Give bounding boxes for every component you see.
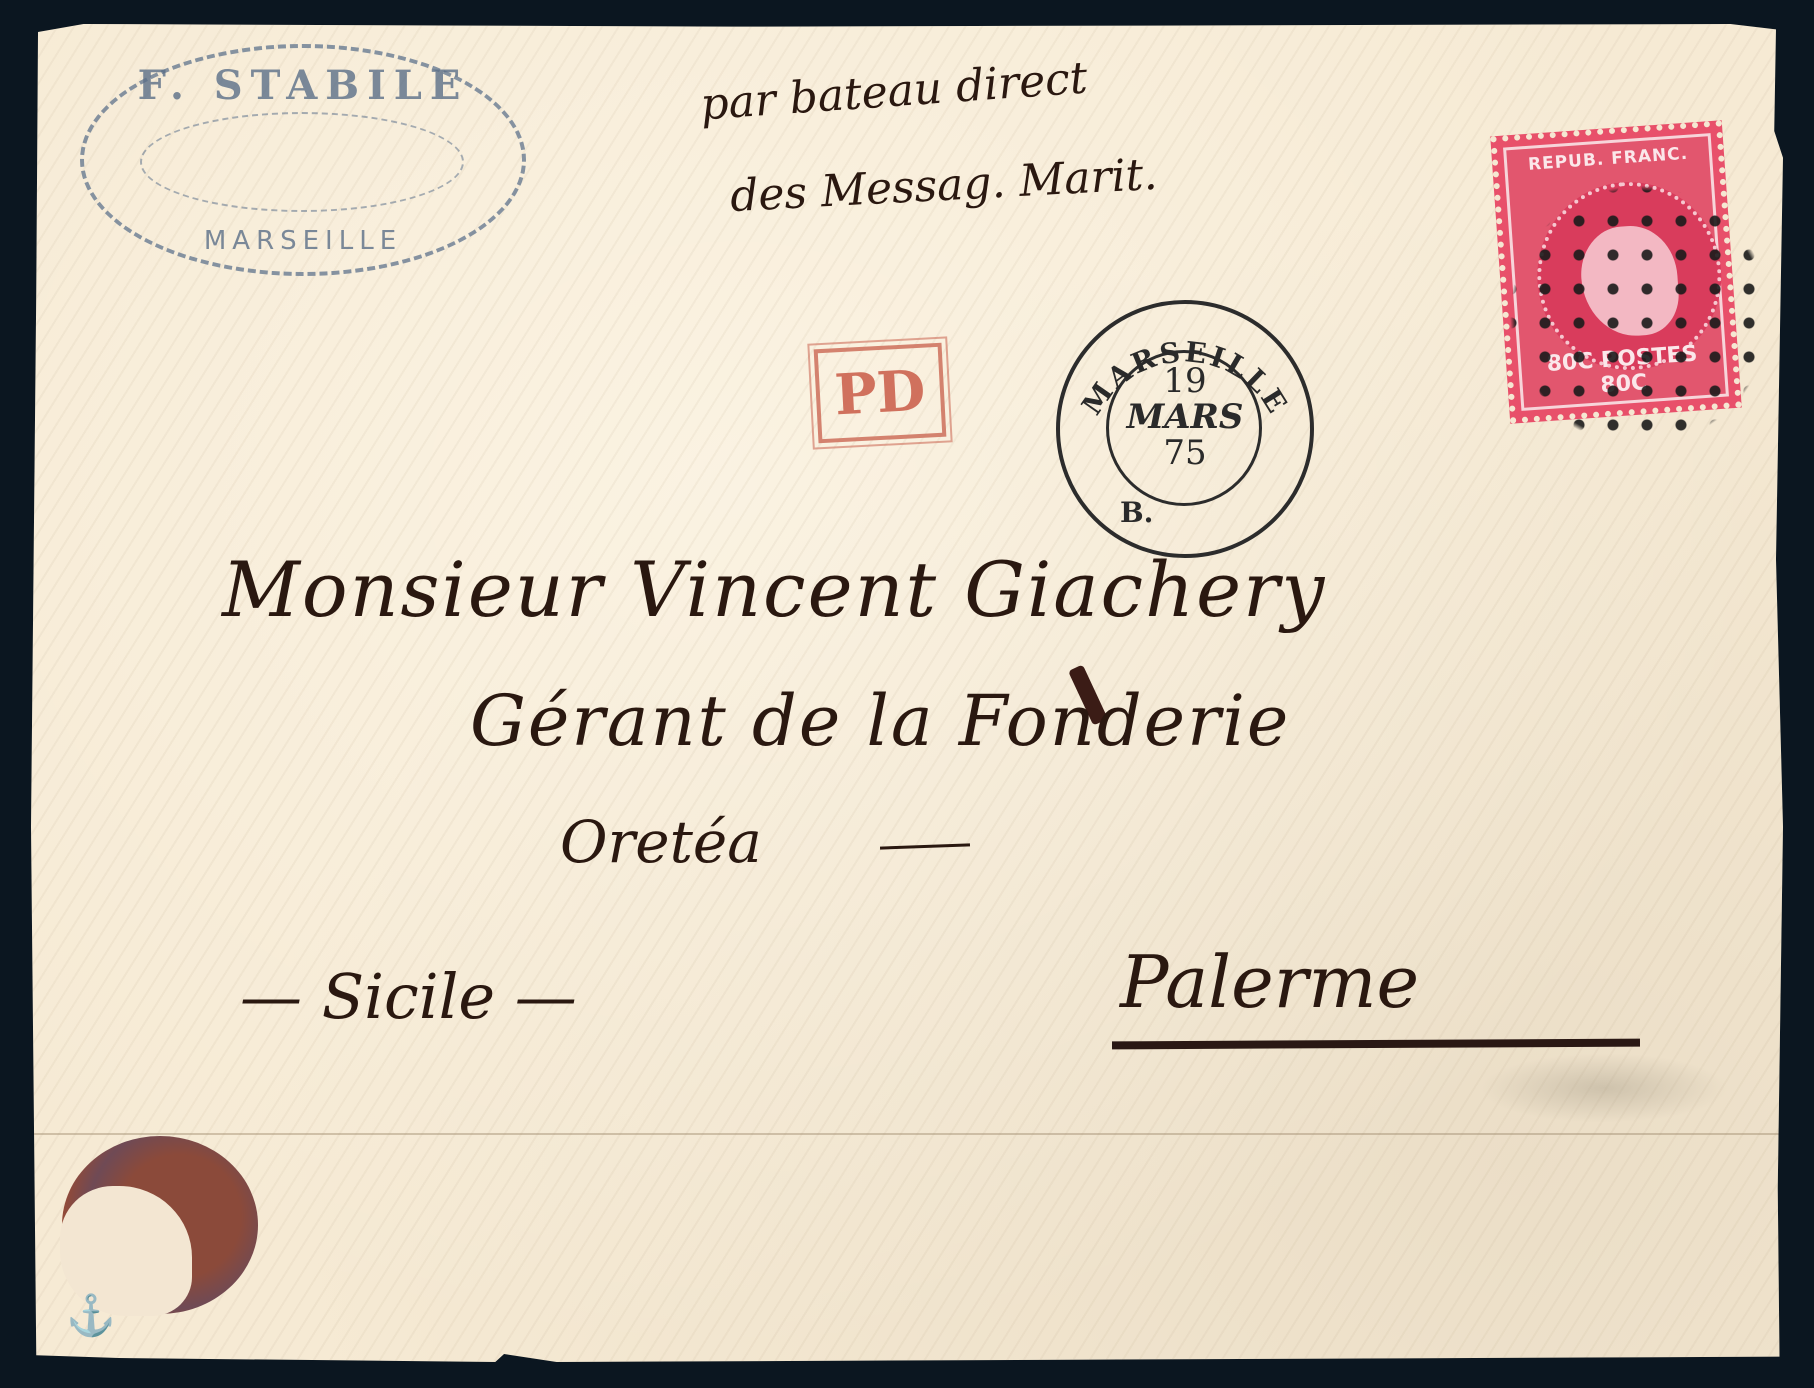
sender-cachet: F. STABILE MARSEILLE (80, 44, 526, 276)
postmark-year: 75 (1060, 436, 1310, 470)
addressee-place: Oretéa (560, 808, 762, 876)
postmark-office: B. (1120, 496, 1153, 529)
cachet-name: F. STABILE (84, 62, 522, 109)
cachet-city: MARSEILLE (84, 226, 522, 256)
marseille-postmark: MARSEILLE 19 MARS 75 B. (1056, 300, 1314, 558)
dotted-obliterator (1460, 170, 1760, 450)
cachet-inner-ring (140, 112, 464, 212)
wax-seal-remnant (62, 1136, 258, 1314)
fold-line (31, 1133, 1783, 1135)
embossed-mark-icon: ⚓ (66, 1292, 116, 1339)
pd-handstamp: PD (814, 343, 947, 444)
addressee-name: Monsieur Vincent Giachery (222, 545, 1326, 634)
addressee-title: Gérant de la Fonderie (470, 680, 1290, 762)
smudge-stain (1479, 1053, 1729, 1123)
addressee-region: — Sicile — (240, 960, 577, 1033)
postmark-day: 19 (1060, 364, 1310, 398)
addressee-city: Palerme (1120, 940, 1419, 1024)
postmark-month: MARS (1060, 400, 1310, 434)
